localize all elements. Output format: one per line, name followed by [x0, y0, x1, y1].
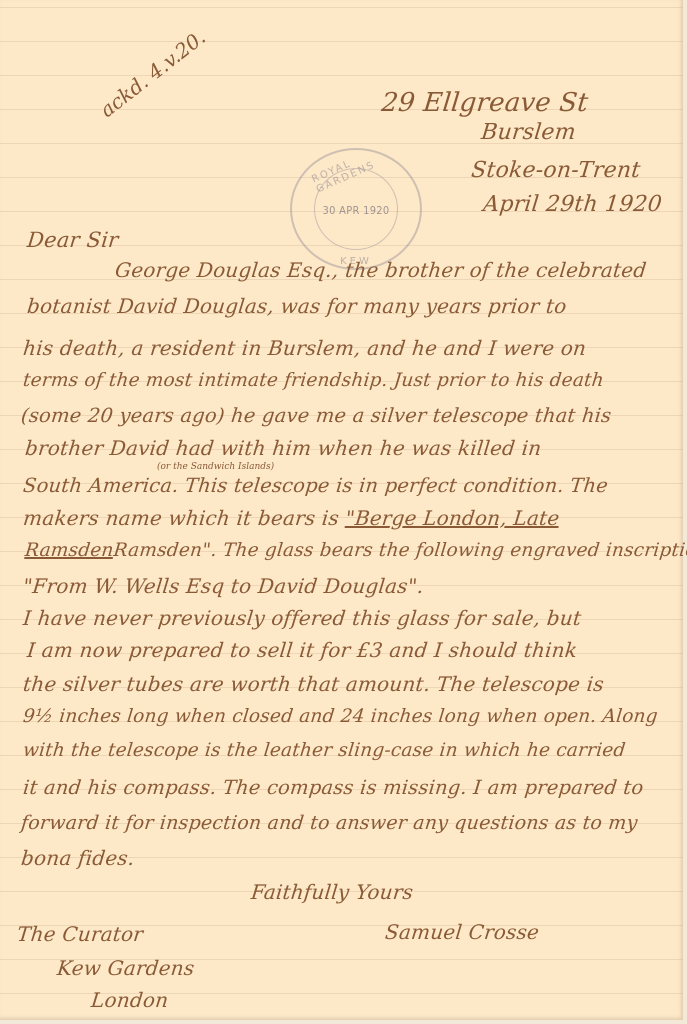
- body-line-text: makers name which it bears is: [22, 506, 347, 530]
- salutation: Dear Sir: [26, 228, 120, 252]
- closing: Faithfully Yours: [250, 880, 414, 904]
- maker-name-underlined: "Berge London, Late: [344, 506, 560, 530]
- recipient-title: The Curator: [16, 922, 144, 946]
- acknowledgement-annotation: ackd. 4.v.20.: [95, 25, 210, 122]
- body-line: with the telescope is the leather sling-…: [22, 740, 627, 761]
- body-line: brother David had with him when he was k…: [24, 436, 543, 460]
- body-line: it and his compass. The compass is missi…: [22, 776, 645, 799]
- body-line: South America. This telescope is in perf…: [22, 474, 609, 497]
- body-line: the silver tubes are worth that amount. …: [22, 672, 605, 696]
- body-line: (some 20 years ago) he gave me a silver …: [20, 404, 613, 427]
- letter-page: ackd. 4.v.20. 29 Ellgreave St Burslem St…: [0, 0, 683, 1020]
- recipient-institution: Kew Gardens: [56, 956, 196, 980]
- body-line: RamsdenRamsden". The glass bears the fol…: [24, 540, 687, 561]
- received-stamp: ROYAL GARDENS 30 APR 1920 KEW: [290, 148, 422, 270]
- body-line: George Douglas Esq., the brother of the …: [114, 258, 648, 282]
- body-line: forward it for inspection and to answer …: [20, 812, 639, 834]
- address-city: Stoke-on-Trent: [470, 158, 642, 183]
- body-line: 9½ inches long when closed and 24 inches…: [22, 706, 659, 727]
- body-line: bona fides.: [20, 846, 136, 870]
- body-line: makers name which it bears is "Berge Lon…: [22, 506, 561, 530]
- signature: Samuel Crosse: [384, 920, 540, 944]
- body-line: "From W. Wells Esq to David Douglas".: [22, 574, 425, 598]
- body-line: his death, a resident in Burslem, and he…: [22, 336, 588, 360]
- inserted-correction: (or the Sandwich Islands): [157, 462, 274, 472]
- body-line: botanist David Douglas, was for many yea…: [26, 294, 568, 318]
- body-line: I have never previously offered this gla…: [22, 606, 583, 630]
- body-line: I am now prepared to sell it for £3 and …: [26, 638, 579, 662]
- address-town: Burslem: [480, 120, 577, 145]
- body-line: terms of the most intimate friendship. J…: [22, 370, 605, 391]
- address-street: 29 Ellgreave St: [380, 88, 590, 118]
- recipient-city: London: [90, 988, 170, 1012]
- letter-date: April 29th 1920: [482, 192, 663, 217]
- maker-name-underlined-2: Ramsden: [24, 540, 115, 561]
- body-line-text: Ramsden". The glass bears the following …: [113, 540, 687, 561]
- stamp-date: 30 APR 1920: [292, 204, 420, 217]
